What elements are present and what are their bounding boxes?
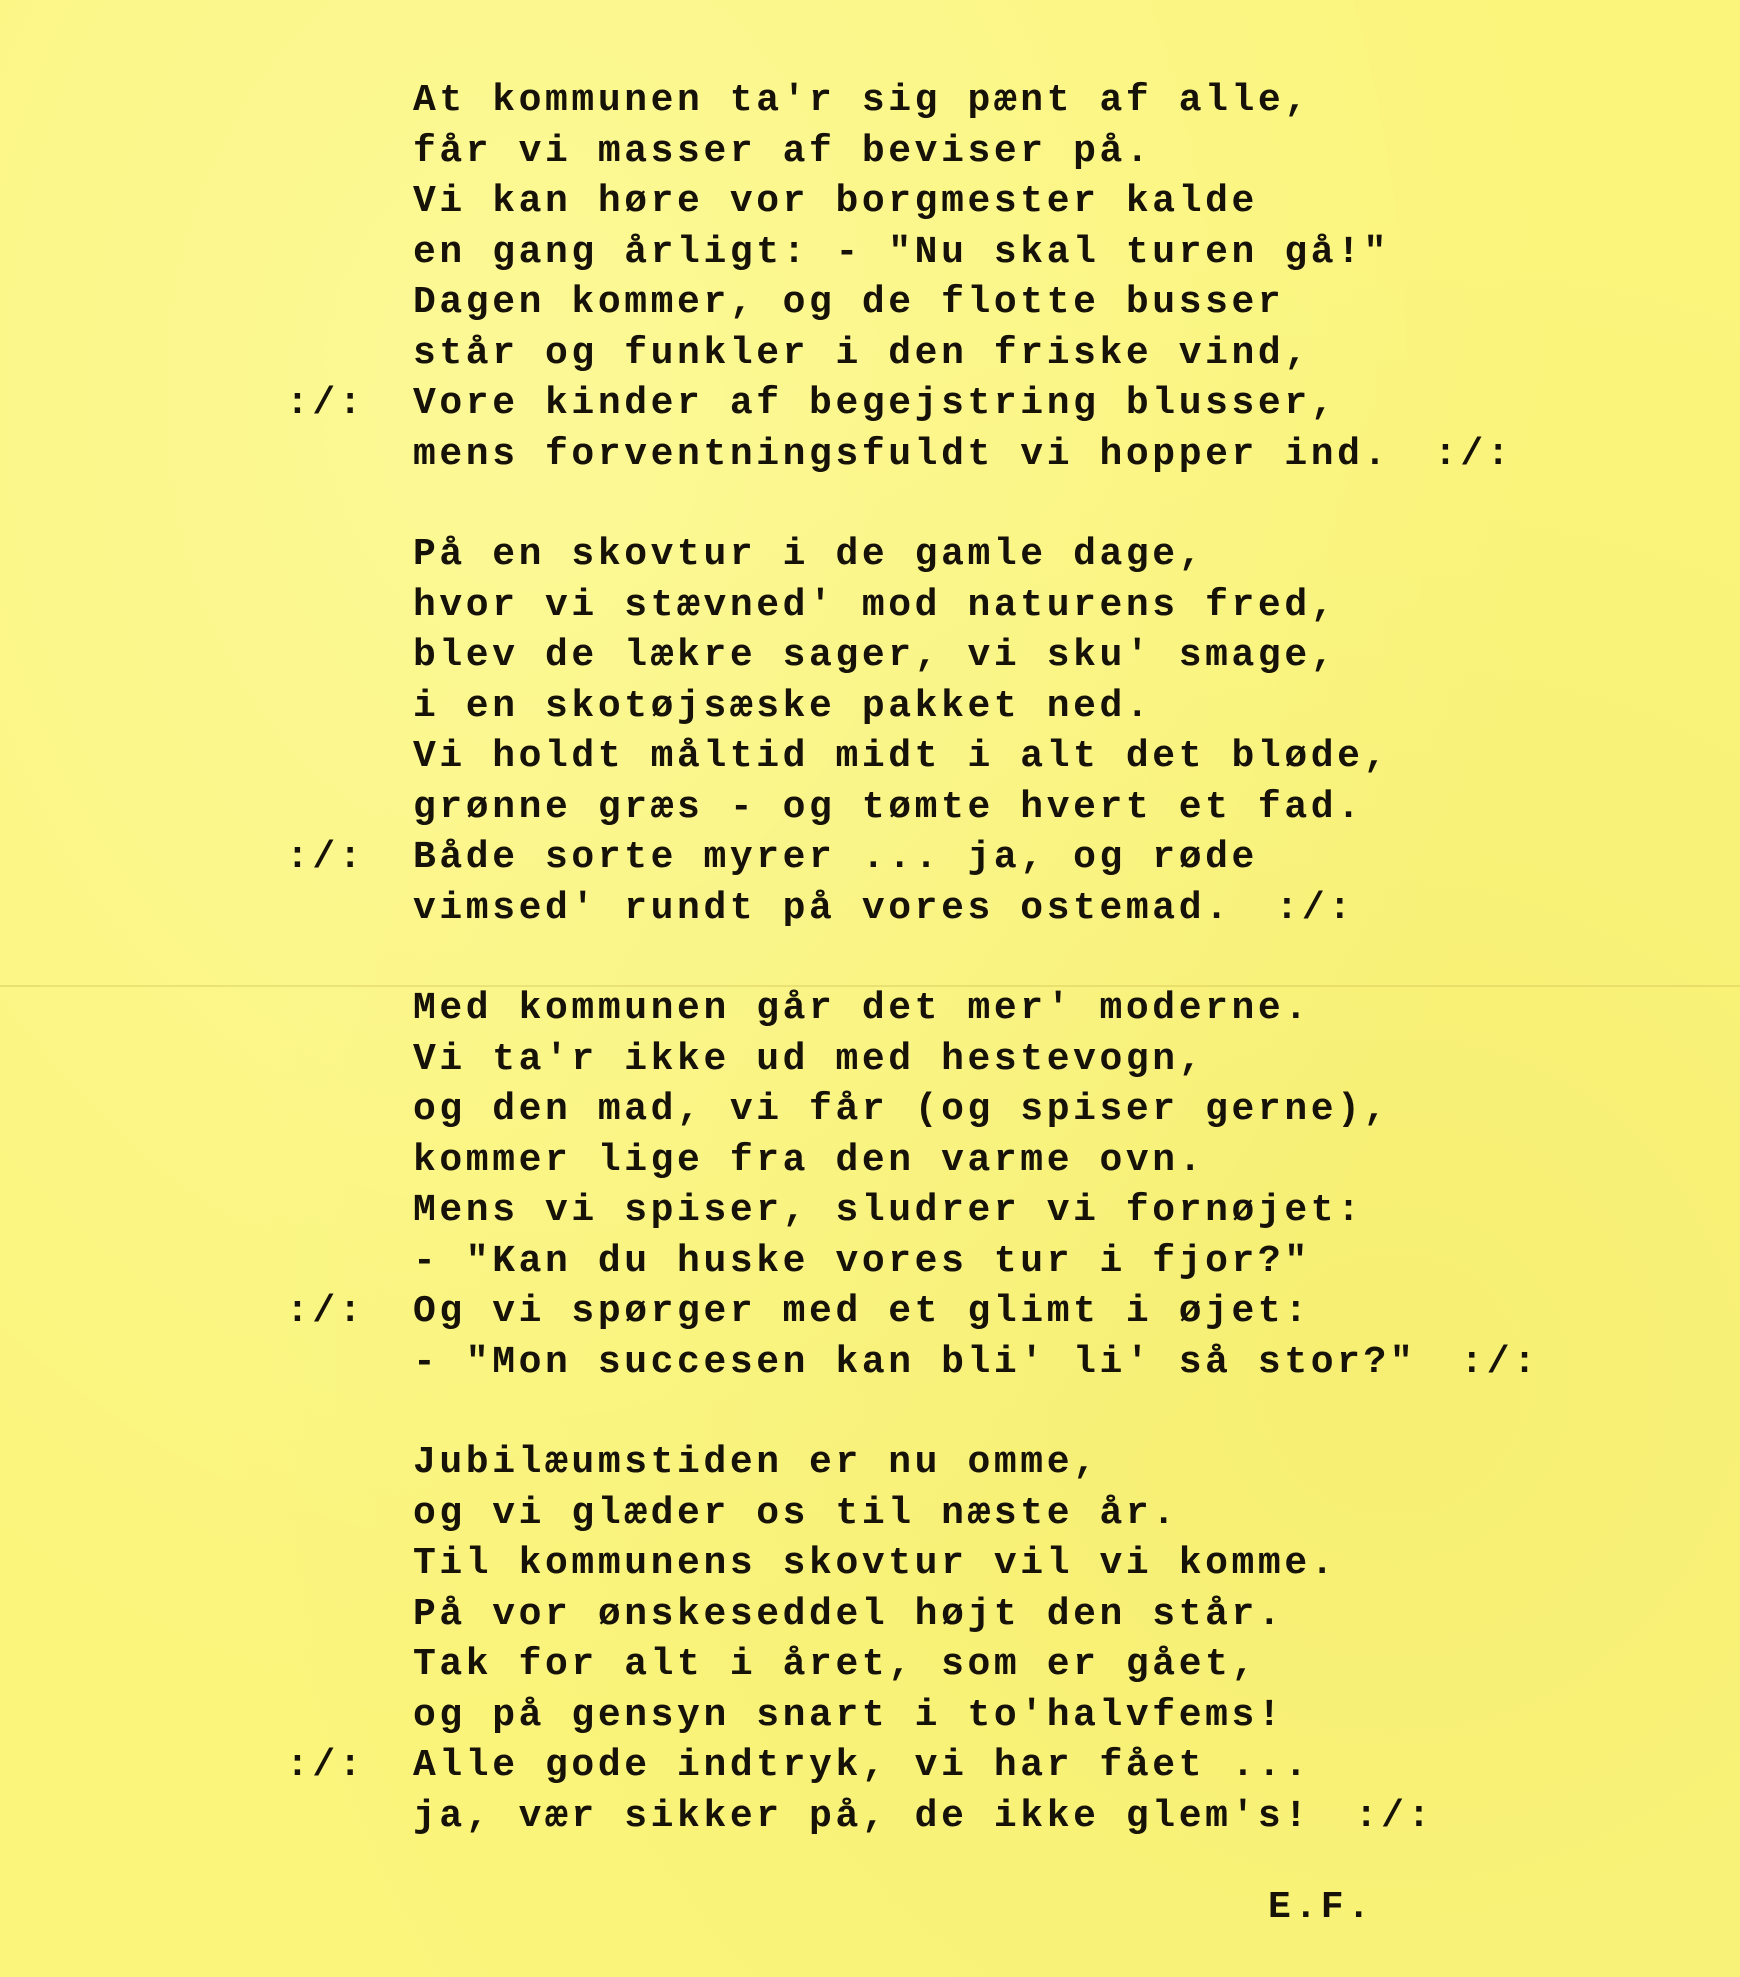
repeat-end-mark: :/: xyxy=(1276,887,1355,930)
poem-line: kommer lige fra den varme ovn. xyxy=(0,1136,1740,1187)
poem-line: vimsed' rundt på vores ostemad.:/: xyxy=(0,884,1740,935)
repeat-start-mark: :/: xyxy=(286,379,365,430)
poem-line: :/:Alle gode indtryk, vi har fået ... xyxy=(0,1741,1740,1792)
poem-line: Vi kan høre vor borgmester kalde xyxy=(0,177,1740,228)
poem-line: :/:Og vi spørger med et glimt i øjet: xyxy=(0,1287,1740,1338)
poem-line: og vi glæder os til næste år. xyxy=(0,1489,1740,1540)
poem-line: grønne græs - og tømte hvert et fad. xyxy=(0,783,1740,834)
author-signature: E.F. xyxy=(1268,1886,1374,1929)
poem-line: :/:Vore kinder af begejstring blusser, xyxy=(0,379,1740,430)
poem-line: blev de lækre sager, vi sku' smage, xyxy=(0,631,1740,682)
poem-line: Dagen kommer, og de flotte busser xyxy=(0,278,1740,329)
poem-line: Vi ta'r ikke ud med hestevogn, xyxy=(0,1035,1740,1086)
poem-line: Vi holdt måltid midt i alt det bløde, xyxy=(0,732,1740,783)
stanza-1: At kommunen ta'r sig pænt af alle, får v… xyxy=(0,76,1740,480)
poem-line: Mens vi spiser, sludrer vi fornøjet: xyxy=(0,1186,1740,1237)
poem-line: og på gensyn snart i to'halvfems! xyxy=(0,1691,1740,1742)
repeat-start-mark: :/: xyxy=(286,1741,365,1792)
stanza-4: Jubilæumstiden er nu omme, og vi glæder … xyxy=(0,1438,1740,1842)
poem-line: At kommunen ta'r sig pænt af alle, xyxy=(0,76,1740,127)
poem-line: og den mad, vi får (og spiser gerne), xyxy=(0,1085,1740,1136)
poem-line: På vor ønskeseddel højt den står. xyxy=(0,1590,1740,1641)
poem: At kommunen ta'r sig pænt af alle, får v… xyxy=(0,76,1740,1892)
repeat-end-mark: :/: xyxy=(1434,433,1513,476)
poem-line: Tak for alt i året, som er gået, xyxy=(0,1640,1740,1691)
poem-line: mens forventningsfuldt vi hopper ind.:/: xyxy=(0,430,1740,481)
poem-line: Til kommunens skovtur vil vi komme. xyxy=(0,1539,1740,1590)
poem-line: Med kommunen går det mer' moderne. xyxy=(0,984,1740,1035)
poem-line: ja, vær sikker på, de ikke glem's!:/: xyxy=(0,1792,1740,1843)
poem-line: står og funkler i den friske vind, xyxy=(0,329,1740,380)
poem-line: hvor vi stævned' mod naturens fred, xyxy=(0,581,1740,632)
poem-line: får vi masser af beviser på. xyxy=(0,127,1740,178)
repeat-start-mark: :/: xyxy=(286,1287,365,1338)
repeat-start-mark: :/: xyxy=(286,833,365,884)
poem-line: i en skotøjsæske pakket ned. xyxy=(0,682,1740,733)
poem-line: - "Mon succesen kan bli' li' så stor?":/… xyxy=(0,1338,1740,1389)
stanza-3: Med kommunen går det mer' moderne. Vi ta… xyxy=(0,984,1740,1388)
poem-line: På en skovtur i de gamle dage, xyxy=(0,530,1740,581)
poem-line: Jubilæumstiden er nu omme, xyxy=(0,1438,1740,1489)
poem-line: - "Kan du huske vores tur i fjor?" xyxy=(0,1237,1740,1288)
poem-line: :/:Både sorte myrer ... ja, og røde xyxy=(0,833,1740,884)
repeat-end-mark: :/: xyxy=(1460,1341,1539,1384)
repeat-end-mark: :/: xyxy=(1355,1795,1434,1838)
poem-line: en gang årligt: - "Nu skal turen gå!" xyxy=(0,228,1740,279)
stanza-2: På en skovtur i de gamle dage, hvor vi s… xyxy=(0,530,1740,934)
